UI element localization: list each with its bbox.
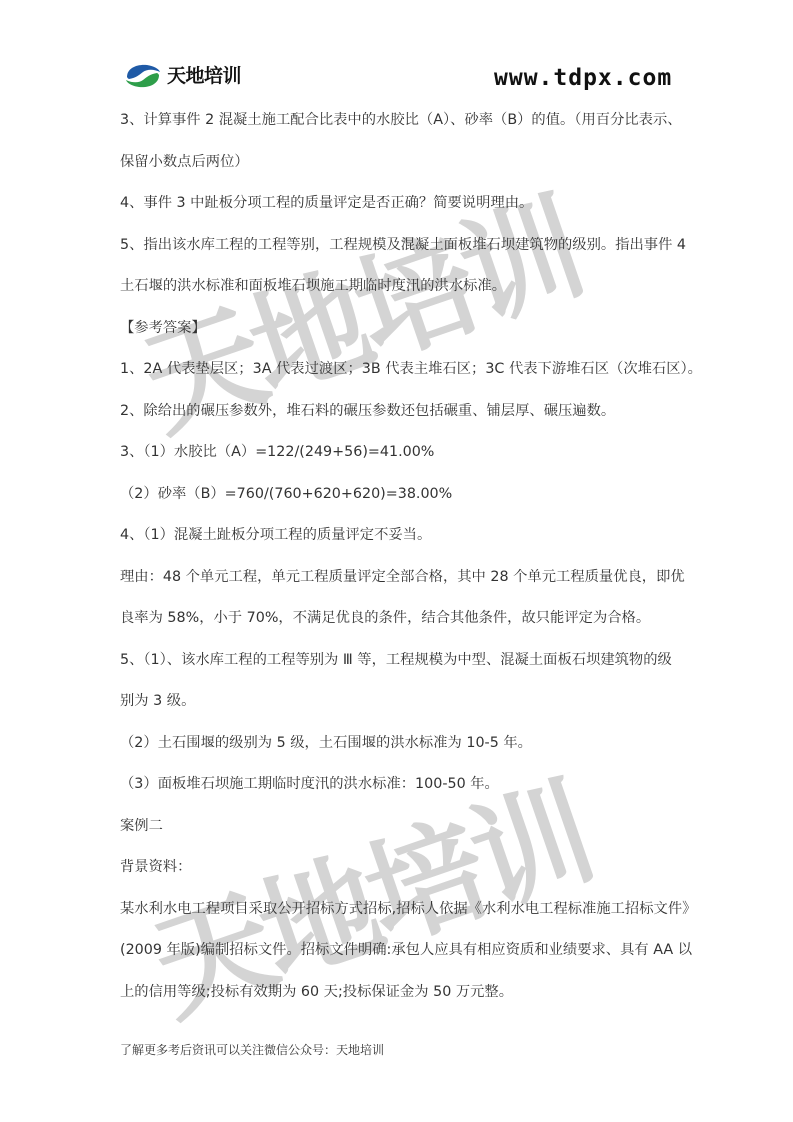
page-header: 天地培训 www.tdpx.com: [0, 0, 793, 100]
question-4: 4、事件 3 中趾板分项工程的质量评定是否正确？简要说明理由。: [120, 183, 680, 225]
brand-logo: 天地培训: [123, 63, 241, 89]
answer-5-part-1-line-2: 别为 3 级。: [120, 681, 680, 723]
answer-3-part-1: 3、（1）水胶比（A）=122/(249+56)=41.00%: [120, 432, 680, 474]
reference-answer-heading: 【参考答案】: [120, 308, 680, 350]
answer-2: 2、除给出的碾压参数外，堆石料的碾压参数还包括碾重、铺层厚、碾压遍数。: [120, 391, 680, 433]
answer-3-part-2: （2）砂率（B）=760/(760+620+620)=38.00%: [120, 474, 680, 516]
tiandi-logo-icon: [123, 63, 163, 89]
background-heading: 背景资料：: [120, 847, 680, 889]
answer-4-reason-line-1: 理由：48 个单元工程，单元工程质量评定全部合格，其中 28 个单元工程质量优良…: [120, 557, 680, 599]
question-5-line-1: 5、指出该水库工程的工程等别，工程规模及混凝土面板堆石坝建筑物的级别。指出事件 …: [120, 225, 680, 267]
answer-5-part-1-line-1: 5、（1）、该水库工程的工程等别为 Ⅲ 等，工程规模为中型、混凝土面板石坝建筑物…: [120, 640, 680, 682]
question-3-line-1: 3、计算事件 2 混凝土施工配合比表中的水胶比（A）、砂率（B）的值。（用百分比…: [120, 100, 680, 142]
case-two-heading: 案例二: [120, 806, 680, 848]
question-5-line-2: 土石堰的洪水标准和面板堆石坝施工期临时度汛的洪水标准。: [120, 266, 680, 308]
background-line-2: (2009 年版)编制招标文件。招标文件明确:承包人应具有相应资质和业绩要求、具…: [120, 930, 680, 972]
answer-1: 1、2A 代表垫层区；3A 代表过渡区；3B 代表主堆石区；3C 代表下游堆石区…: [120, 349, 680, 391]
brand-name: 天地培训: [167, 63, 241, 89]
question-3-line-2: 保留小数点后两位）: [120, 142, 680, 184]
page-footer: 了解更多考后资讯可以关注微信公众号：天地培训: [120, 1040, 384, 1060]
background-line-3: 上的信用等级;投标有效期为 60 天;投标保证金为 50 万元整。: [120, 972, 680, 1014]
answer-5-part-2: （2）土石围堰的级别为 5 级，土石围堰的洪水标准为 10-5 年。: [120, 723, 680, 765]
background-line-1: 某水利水电工程项目采取公开招标方式招标,招标人依据《水利水电工程标准施工招标文件…: [120, 889, 680, 931]
document-body: 3、计算事件 2 混凝土施工配合比表中的水胶比（A）、砂率（B）的值。（用百分比…: [120, 100, 680, 1013]
answer-4-part-1: 4、（1）混凝土趾板分项工程的质量评定不妥当。: [120, 515, 680, 557]
answer-4-reason-line-2: 良率为 58%，小于 70%，不满足优良的条件，结合其他条件，故只能评定为合格。: [120, 598, 680, 640]
answer-5-part-3: （3）面板堆石坝施工期临时度汛的洪水标准：100-50 年。: [120, 764, 680, 806]
site-url: www.tdpx.com: [494, 61, 672, 95]
